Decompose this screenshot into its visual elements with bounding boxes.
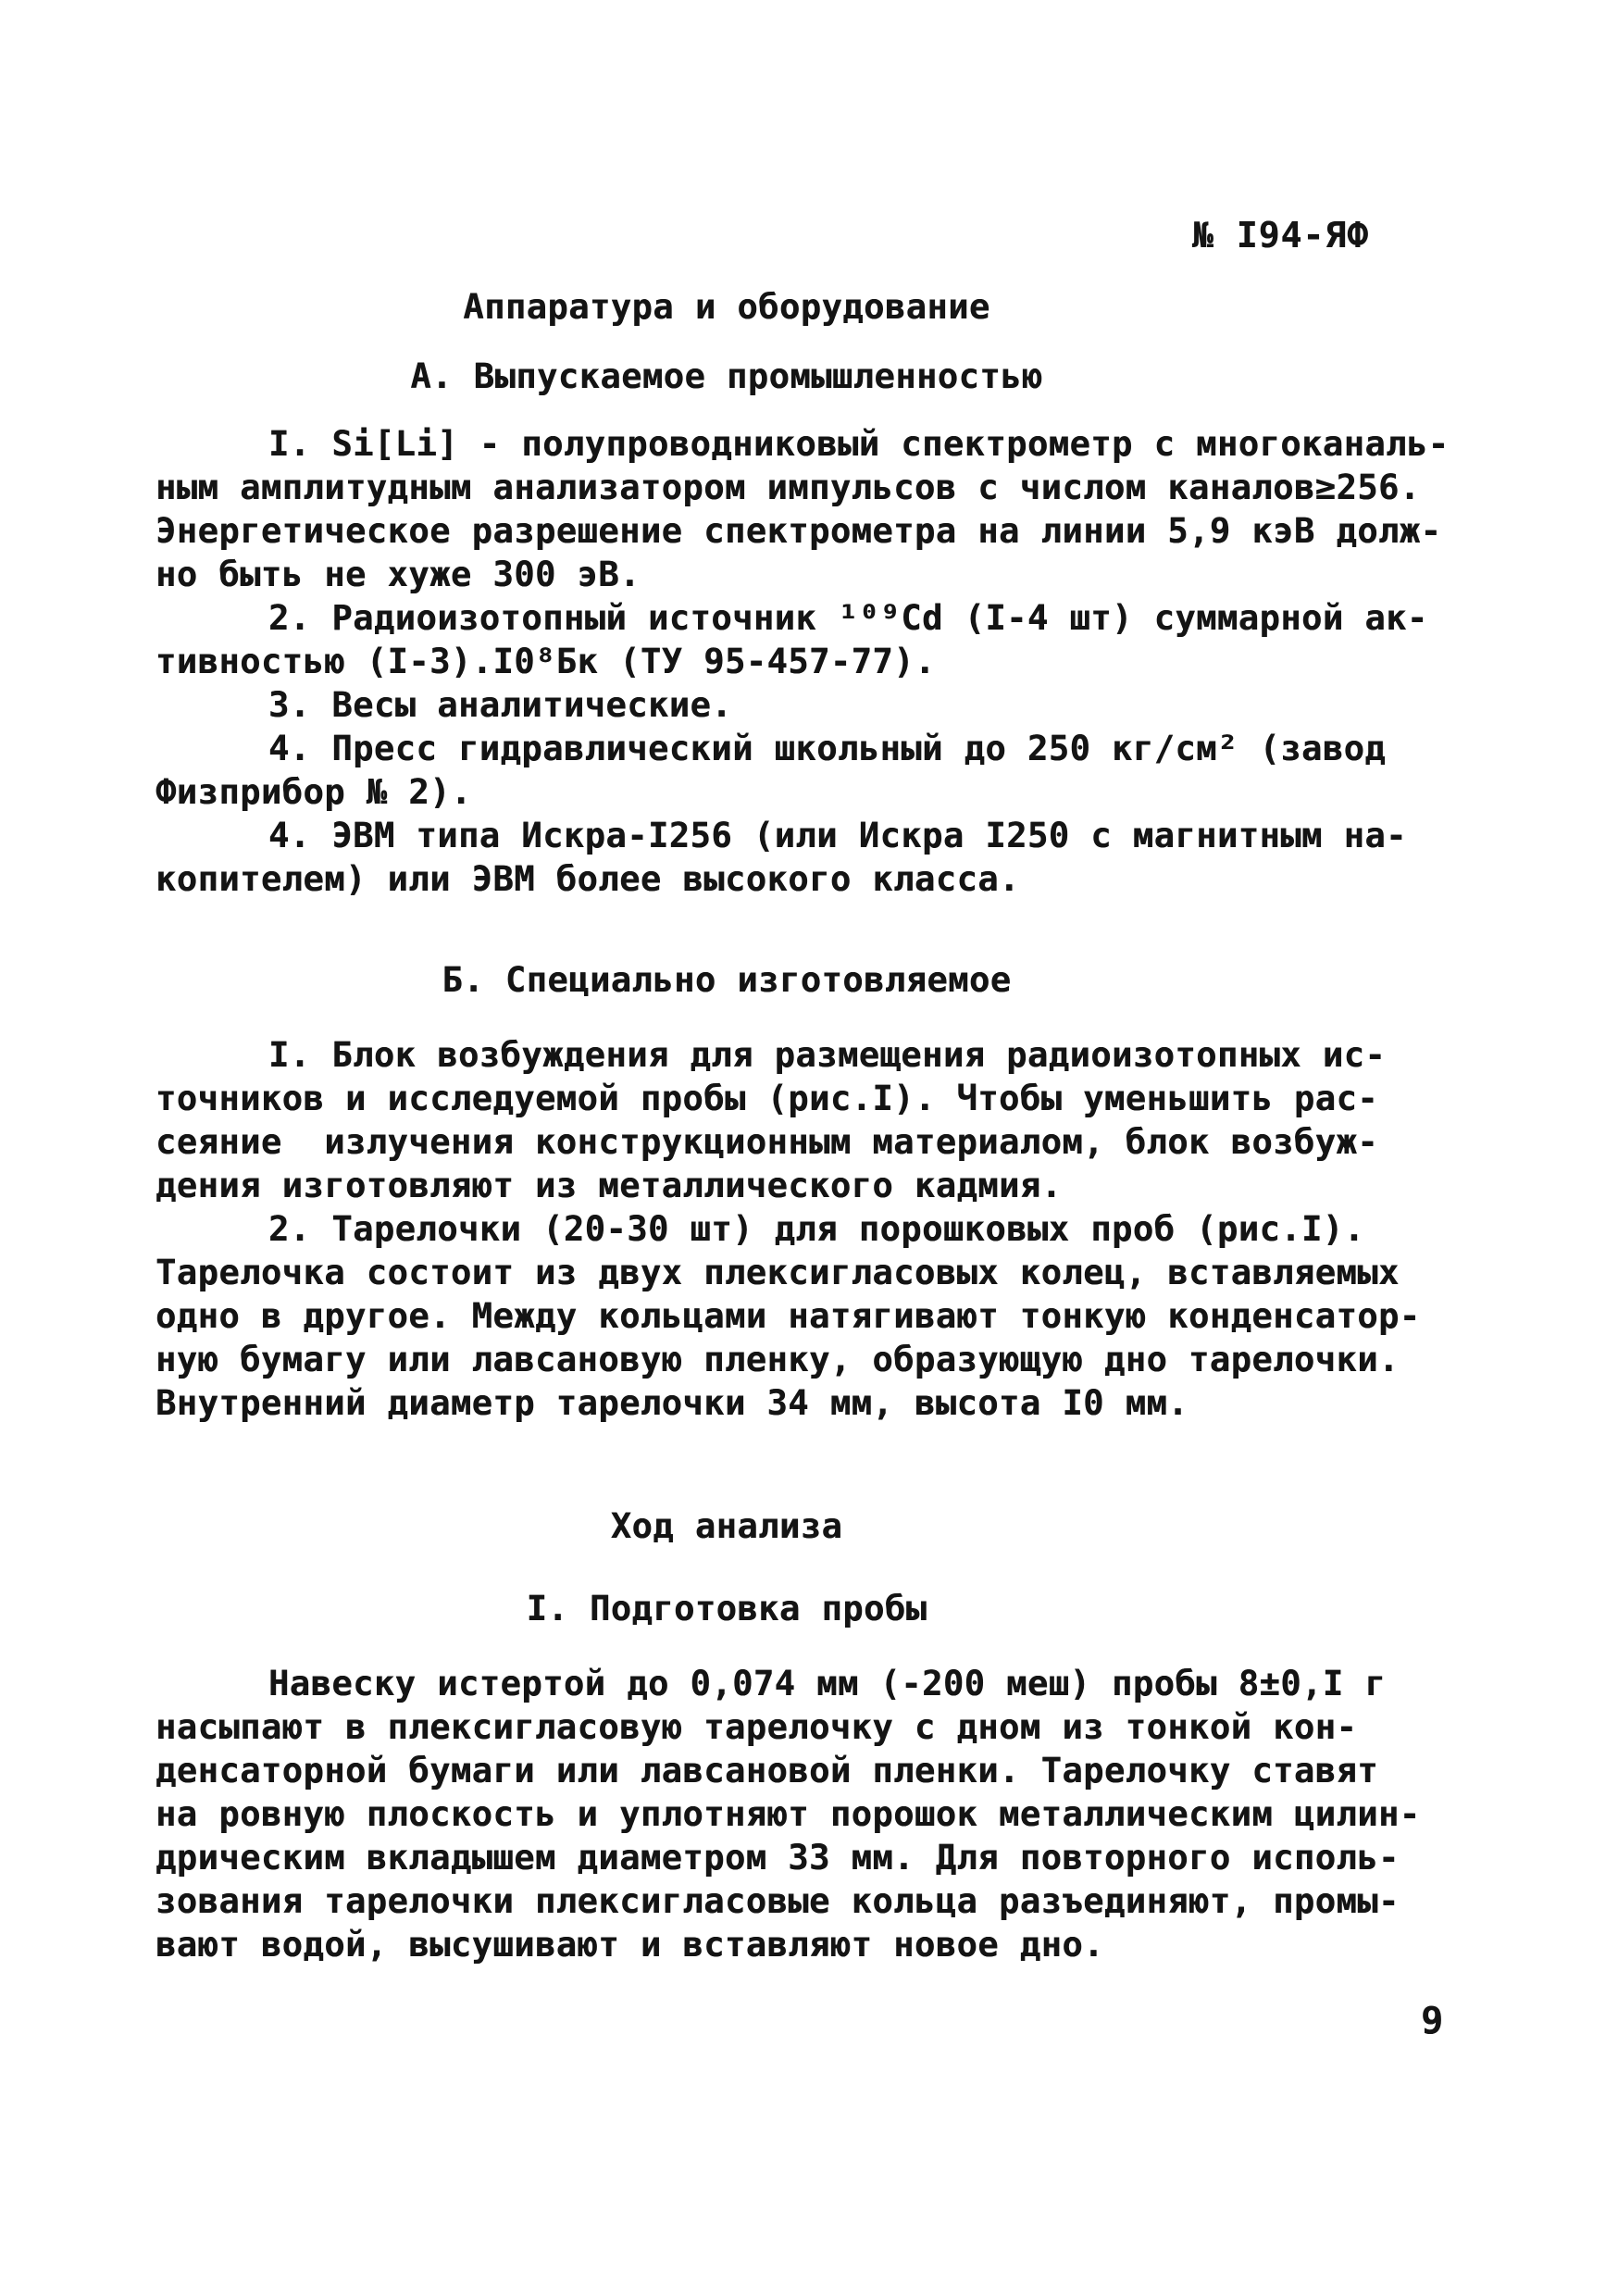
text-line: зования тарелочки плексигласовые кольца … <box>156 1879 1474 1923</box>
text-line: 4. ЭВМ типа Искра-I256 (или Искра I250 с… <box>156 814 1474 857</box>
text-line: копителем) или ЭВМ более высокого класса… <box>156 857 1474 901</box>
text-line: одно в другое. Между кольцами натягивают… <box>156 1294 1474 1338</box>
text-line: дения изготовляют из металлического кадм… <box>156 1164 1474 1207</box>
analysis-body: Навеску истертой до 0,074 мм (-200 меш) … <box>156 1662 1474 1966</box>
text-line: 3. Весы аналитические. <box>156 683 1474 727</box>
section-b-heading: Б. Специально изготовляемое <box>156 958 1298 1002</box>
text-line: 2. Тарелочки (20-30 шт) для порошковых п… <box>156 1207 1474 1251</box>
analysis-subheading: I. Подготовка пробы <box>156 1587 1298 1630</box>
text-line: Навеску истертой до 0,074 мм (-200 меш) … <box>156 1662 1474 1705</box>
text-line: но быть не хуже 300 эВ. <box>156 553 1474 596</box>
section-a-body: I. Si[Li] - полупроводниковый спектромет… <box>156 422 1474 901</box>
text-line: тивностью (I-3).I0⁸Бк (ТУ 95-457-77). <box>156 640 1474 683</box>
analysis-heading: Ход анализа <box>156 1504 1298 1548</box>
text-line: ную бумагу или лавсановую пленку, образу… <box>156 1338 1474 1381</box>
text-line: Тарелочка состоит из двух плексигласовых… <box>156 1251 1474 1294</box>
document-page: № I94-ЯФ Аппаратура и оборудование А. Вы… <box>0 0 1618 2296</box>
text-line: I. Блок возбуждения для размещения радио… <box>156 1033 1474 1077</box>
text-line: 4. Пресс гидравлический школьный до 250 … <box>156 727 1474 770</box>
text-line: насыпают в плексигласовую тарелочку с дн… <box>156 1705 1474 1749</box>
section-b-body: I. Блок возбуждения для размещения радио… <box>156 1033 1474 1425</box>
text-line: 2. Радиоизотопный источник ¹⁰⁹Cd (I-4 шт… <box>156 596 1474 640</box>
text-line: Внутренний диаметр тарелочки 34 мм, высо… <box>156 1381 1474 1425</box>
text-line: Энергетическое разрешение спектрометра н… <box>156 509 1474 553</box>
document-content: Аппаратура и оборудование А. Выпускаемое… <box>156 285 1474 1966</box>
text-line: на ровную плоскость и уплотняют порошок … <box>156 1792 1474 1836</box>
text-line: Физприбор № 2). <box>156 770 1474 814</box>
text-line: I. Si[Li] - полупроводниковый спектромет… <box>156 422 1474 466</box>
doc-number: № I94-ЯФ <box>1192 215 1369 256</box>
text-line: сеяние излучения конструкционным материа… <box>156 1120 1474 1164</box>
section-a-heading: А. Выпускаемое промышленностью <box>156 355 1298 398</box>
text-line: точников и исследуемой пробы (рис.I). Чт… <box>156 1077 1474 1120</box>
text-line: денсаторной бумаги или лавсановой пленки… <box>156 1749 1474 1792</box>
page-title: Аппаратура и оборудование <box>156 285 1298 329</box>
page-number: 9 <box>1421 2000 1443 2042</box>
text-line: ным амплитудным анализатором импульсов с… <box>156 466 1474 509</box>
text-line: дрическим вкладышем диаметром 33 мм. Для… <box>156 1836 1474 1879</box>
text-line: вают водой, высушивают и вставляют новое… <box>156 1923 1474 1966</box>
